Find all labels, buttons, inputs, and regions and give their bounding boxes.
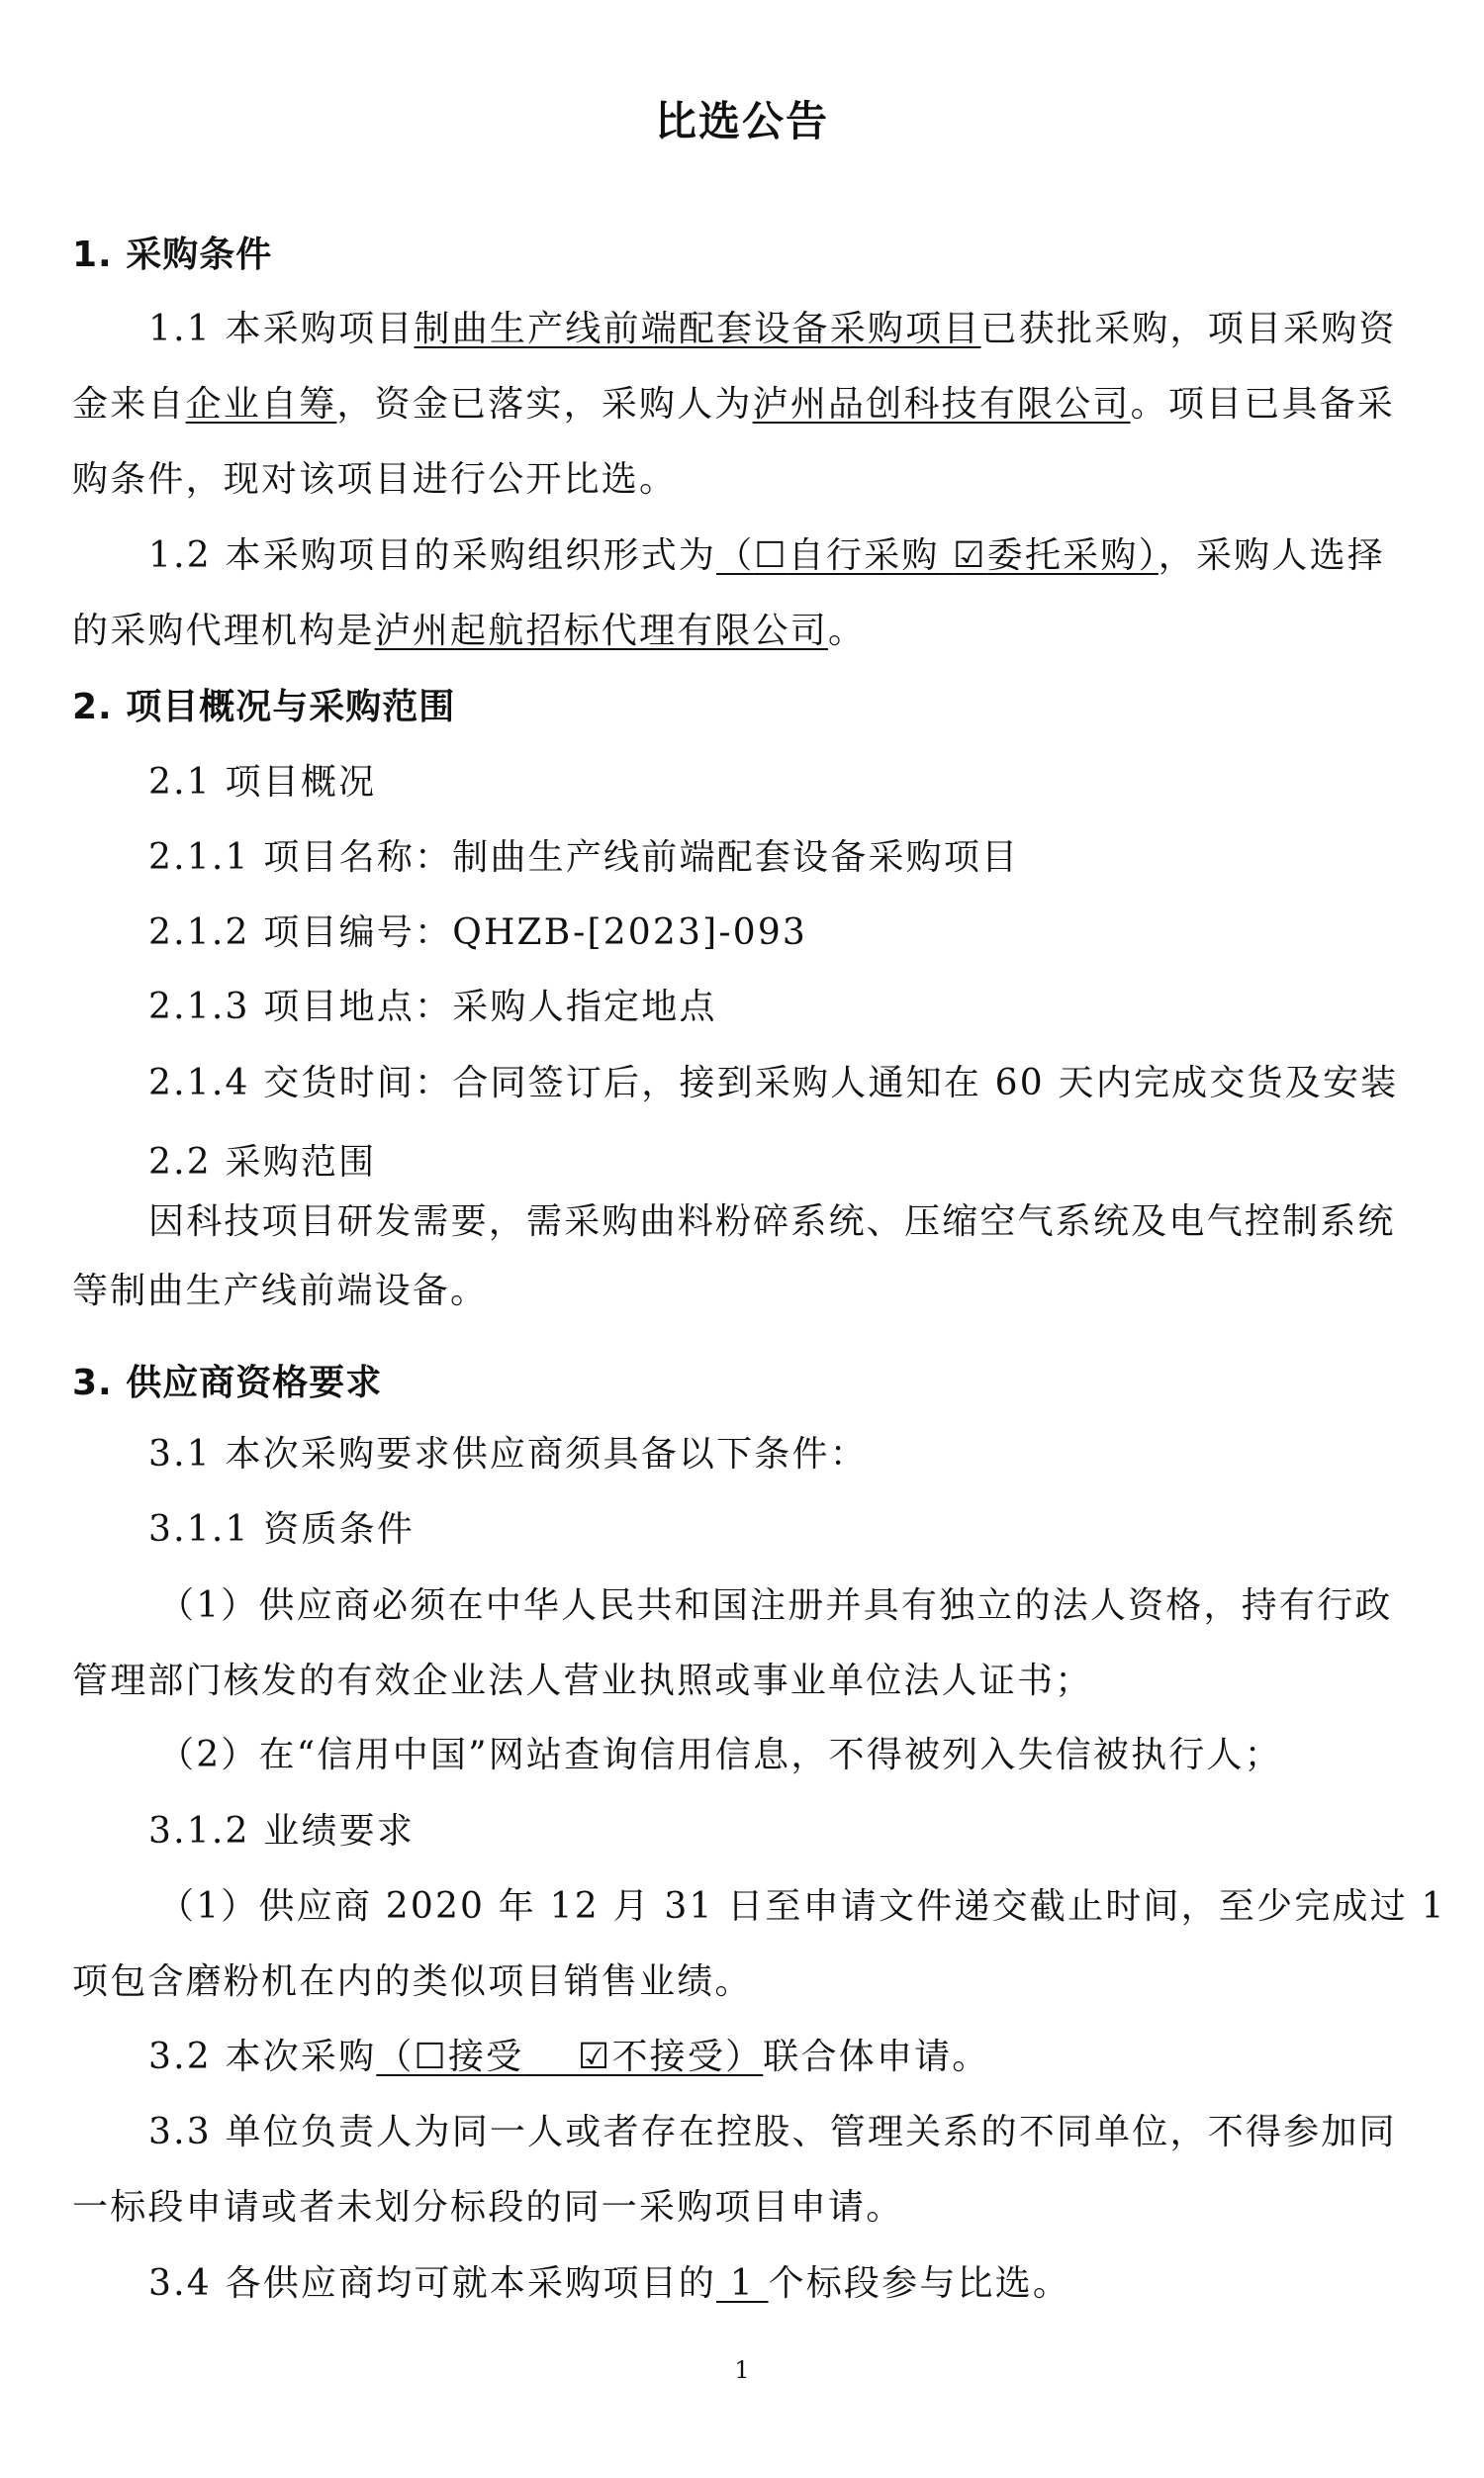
paragraph-1-1-line-2: 金来自企业自筹，资金已落实，采购人为泸州品创科技有限公司。项目已具备采: [72, 383, 1413, 427]
item-project-number: 2.1.2 项目编号：QHZB-[2023]-093: [148, 911, 1413, 955]
document-title: 比选公告: [0, 97, 1484, 146]
page-number: 1: [0, 2355, 1484, 2385]
text: 已获批采购，项目采购资: [981, 309, 1397, 349]
option-accept: 接受: [448, 2037, 523, 2077]
subsection-2-1: 2.1 项目概况: [148, 761, 1413, 805]
project-name: 制曲生产线前端配套设备采购项目: [415, 309, 981, 349]
spacer: [523, 2037, 578, 2077]
fund-source: 企业自筹: [186, 384, 337, 425]
paragraph-1-2-line-1: 1.2 本采购项目的采购组织形式为（☐自行采购 ☑委托采购），采购人选择: [148, 534, 1413, 578]
paren-close: ）: [1139, 535, 1159, 576]
paragraph-3-2: 3.2 本次采购（☐接受 ☑不接受）联合体申请。: [148, 2036, 1413, 2079]
subsection-2-2: 2.2 采购范围: [148, 1141, 1413, 1185]
section-3-heading: 3. 供应商资格要求: [72, 1362, 1413, 1405]
performance-line-2: 项包含磨粉机在内的类似项目销售业绩。: [72, 1960, 1413, 2004]
paragraph-3-1-2: 3.1.2 业绩要求: [148, 1810, 1413, 1854]
procurement-form-options: （☐自行采购 ☑委托采购）: [716, 535, 1159, 576]
paragraph-1-1-line-1: 1.1 本采购项目制曲生产线前端配套设备采购项目已获批采购，项目采购资: [148, 308, 1413, 351]
paragraph-3-1-1: 3.1.1 资质条件: [148, 1508, 1413, 1552]
text: 3.4 各供应商均可就本采购项目的: [148, 2263, 716, 2304]
text: 个标段参与比选。: [769, 2263, 1071, 2304]
paragraph-3-3-line-2: 一标段申请或者未划分标段的同一采购项目申请。: [72, 2186, 1413, 2230]
text: 1.1 本采购项目: [148, 309, 415, 349]
text: 3.2 本次采购: [148, 2037, 376, 2077]
text: ，资金已落实，采购人为: [336, 384, 752, 425]
consortium-options: （☐接受 ☑不接受）: [376, 2037, 763, 2077]
section-2-heading: 2. 项目概况与采购范围: [72, 686, 1413, 729]
text: 联合体申请。: [763, 2037, 989, 2077]
performance-line-1: （1）供应商 2020 年 12 月 31 日至申请文件递交截止时间，至少完成过…: [158, 1885, 1413, 1929]
unchecked-box-icon: ☐: [415, 2037, 448, 2077]
qualification-1-line-2: 管理部门核发的有效企业法人营业执照或事业单位法人证书；: [72, 1660, 1413, 1703]
purchaser-name: 泸州品创科技有限公司: [753, 384, 1131, 425]
paren-open: （: [716, 535, 754, 576]
paragraph-1-1-line-3: 购条件，现对该项目进行公开比选。: [72, 458, 1413, 502]
checked-box-icon: ☑: [578, 2037, 611, 2077]
qualification-2: （2）在“信用中国”网站查询信用信息，不得被列入失信被执行人；: [158, 1734, 1413, 1777]
text: 金来自: [72, 384, 186, 425]
text: 。: [828, 611, 866, 651]
item-project-name: 2.1.1 项目名称：制曲生产线前端配套设备采购项目: [148, 836, 1413, 880]
section-1-heading: 1. 采购条件: [72, 234, 1413, 277]
lot-count: 1: [716, 2263, 768, 2304]
paragraph-3-1: 3.1 本次采购要求供应商须具备以下条件：: [148, 1433, 1413, 1477]
paren-close: ）: [725, 2037, 763, 2077]
scope-line-2: 等制曲生产线前端设备。: [72, 1270, 1413, 1313]
unchecked-box-icon: ☐: [754, 535, 788, 576]
paragraph-3-4: 3.4 各供应商均可就本采购项目的 1 个标段参与比选。: [148, 2262, 1413, 2306]
item-project-location: 2.1.3 项目地点：采购人指定地点: [148, 986, 1413, 1029]
option-self-procurement: 自行采购: [788, 535, 940, 576]
text: 。项目已具备采: [1131, 384, 1395, 425]
text: ，采购人选择: [1159, 535, 1385, 576]
text: 的采购代理机构是: [72, 611, 375, 651]
option-entrusted-procurement: 委托采购: [987, 535, 1139, 576]
scope-line-1: 因科技项目研发需要，需采购曲料粉碎系统、压缩空气系统及电气控制系统: [148, 1200, 1413, 1244]
agency-name: 泸州起航招标代理有限公司: [375, 611, 828, 651]
item-delivery-time: 2.1.4 交货时间：合同签订后，接到采购人通知在 60 天内完成交货及安装: [148, 1062, 1413, 1105]
paren-open: （: [376, 2037, 414, 2077]
checked-box-icon: ☑: [953, 535, 986, 576]
qualification-1-line-1: （1）供应商必须在中华人民共和国注册并具有独立的法人资格，持有行政: [158, 1584, 1413, 1628]
text: 1.2 本采购项目的采购组织形式为: [148, 535, 716, 576]
paragraph-3-3-line-1: 3.3 单位负责人为同一人或者存在控股、管理关系的不同单位，不得参加同: [148, 2111, 1413, 2154]
paragraph-1-2-line-2: 的采购代理机构是泸州起航招标代理有限公司。: [72, 610, 1413, 653]
option-not-accept: 不接受: [611, 2037, 725, 2077]
